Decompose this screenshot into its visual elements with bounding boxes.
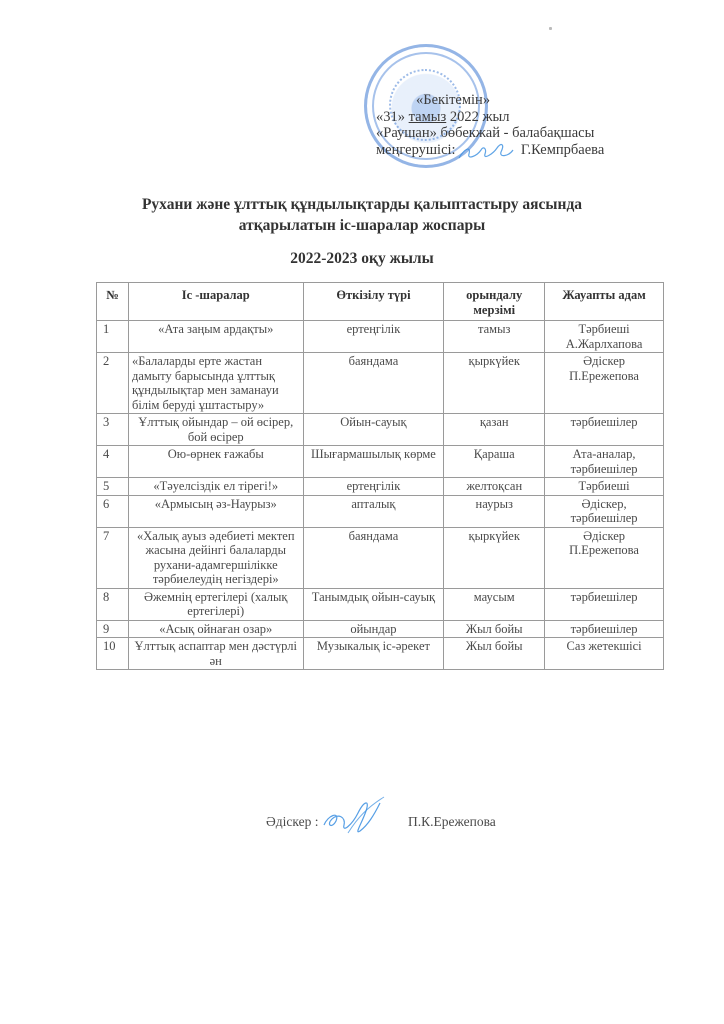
academic-year: 2022-2023 оқу жылы [0, 250, 724, 268]
table-row: 10Ұлттық аспаптар мен дәстүрлі әнМузыкал… [97, 638, 664, 670]
cell-number: 9 [97, 620, 129, 638]
cell-event: «Ата заңым ардақты» [128, 321, 303, 353]
table-row: 5«Тәуелсіздік ел тірегі!»ертеңгілікжелто… [97, 478, 664, 496]
cell-event: «Халық ауыз әдебиеті мектеп жасына дейін… [128, 527, 303, 588]
cell-number: 1 [97, 321, 129, 353]
cell-type: апталық [303, 495, 444, 527]
cell-date: тамыз [444, 321, 545, 353]
cell-responsible: Әдіскер, тәрбиешілер [545, 495, 664, 527]
scan-speck [549, 27, 552, 30]
cell-number: 6 [97, 495, 129, 527]
cell-responsible: Ата-аналар, тәрбиешілер [545, 446, 664, 478]
cell-responsible: Тәрбиеші А.Жарлхапова [545, 321, 664, 353]
cell-responsible: Әдіскер П.Ережепова [545, 527, 664, 588]
cell-date: қазан [444, 414, 545, 446]
header-responsible: Жауапты адам [545, 283, 664, 321]
approval-month: тамыз [409, 109, 447, 125]
cell-date: наурыз [444, 495, 545, 527]
cell-event: «Армысың әз-Наурыз» [128, 495, 303, 527]
cell-responsible: тәрбиешілер [545, 588, 664, 620]
cell-number: 2 [97, 353, 129, 414]
cell-type: баяндама [303, 353, 444, 414]
cell-number: 3 [97, 414, 129, 446]
footer-name: П.К.Ережепова [408, 814, 496, 830]
cell-number: 5 [97, 478, 129, 496]
table-row: 1«Ата заңым ардақты»ертеңгіліктамызТәрби… [97, 321, 664, 353]
header-type: Өткізілу түрі [303, 283, 444, 321]
cell-date: қыркүйек [444, 353, 545, 414]
table-row: 2«Балаларды ерте жастан дамыту барысында… [97, 353, 664, 414]
header-date: орындалу мерзімі [444, 283, 545, 321]
approval-year: 2022 жыл [450, 109, 510, 125]
document-title-line2: атқарылатын іс-шаралар жоспары [0, 217, 724, 235]
cell-event: «Тәуелсіздік ел тірегі!» [128, 478, 303, 496]
approval-date: «31» тамыз 2022 жыл [376, 109, 604, 126]
cell-event: Ою-өрнек ғажабы [128, 446, 303, 478]
document-title-line1: Рухани және ұлттық құндылықтарды қалыпта… [0, 196, 724, 214]
table-row: 3Ұлттық ойындар – ой өсірер, бой өсірерО… [97, 414, 664, 446]
cell-number: 4 [97, 446, 129, 478]
cell-event: Ұлттық ойындар – ой өсірер, бой өсірер [128, 414, 303, 446]
cell-type: Танымдық ойын-сауық [303, 588, 444, 620]
cell-event: «Асық ойнаған озар» [128, 620, 303, 638]
cell-number: 7 [97, 527, 129, 588]
cell-date: Қараша [444, 446, 545, 478]
cell-type: ертеңгілік [303, 321, 444, 353]
events-plan-table: № Іс -шаралар Өткізілу түрі орындалу мер… [96, 282, 664, 670]
header-event: Іс -шаралар [128, 283, 303, 321]
cell-number: 10 [97, 638, 129, 670]
approval-head-name: Г.Кемпрбаева [521, 142, 604, 158]
cell-event: Ұлттық аспаптар мен дәстүрлі ән [128, 638, 303, 670]
cell-date: қыркүйек [444, 527, 545, 588]
cell-type: баяндама [303, 527, 444, 588]
cell-event: «Балаларды ерте жастан дамыту барысында … [128, 353, 303, 414]
table-row: 8Әжемнің ертегілері (халық ертегілері)Та… [97, 588, 664, 620]
methodologist-signature-icon [318, 795, 388, 839]
cell-date: желтоқсан [444, 478, 545, 496]
cell-date: маусым [444, 588, 545, 620]
approval-head-role: меңгерушісі: [376, 142, 456, 158]
cell-number: 8 [97, 588, 129, 620]
header-number: № [97, 283, 129, 321]
cell-responsible: тәрбиешілер [545, 414, 664, 446]
cell-responsible: Саз жетекшісі [545, 638, 664, 670]
table-row: 9«Асық ойнаған озар»ойындарЖыл бойытәрби… [97, 620, 664, 638]
cell-event: Әжемнің ертегілері (халық ертегілері) [128, 588, 303, 620]
cell-type: Шығармашылық көрме [303, 446, 444, 478]
cell-responsible: Әдіскер П.Ережепова [545, 353, 664, 414]
table-row: 6«Армысың әз-Наурыз»апталықнаурызӘдіскер… [97, 495, 664, 527]
cell-date: Жыл бойы [444, 620, 545, 638]
cell-type: ойындар [303, 620, 444, 638]
footer-role: Әдіскер : [266, 814, 318, 830]
cell-type: ертеңгілік [303, 478, 444, 496]
cell-date: Жыл бойы [444, 638, 545, 670]
approval-day: «31» [376, 109, 405, 125]
cell-responsible: Тәрбиеші [545, 478, 664, 496]
cell-responsible: тәрбиешілер [545, 620, 664, 638]
table-header-row: № Іс -шаралар Өткізілу түрі орындалу мер… [97, 283, 664, 321]
table-row: 4Ою-өрнек ғажабыШығармашылық көрмеҚараша… [97, 446, 664, 478]
cell-type: Ойын-сауық [303, 414, 444, 446]
director-signature-icon [455, 140, 515, 166]
approval-heading: «Бекітемін» [376, 92, 604, 109]
cell-type: Музыкалық іс-әрекет [303, 638, 444, 670]
table-row: 7«Халық ауыз әдебиеті мектеп жасына дейі… [97, 527, 664, 588]
